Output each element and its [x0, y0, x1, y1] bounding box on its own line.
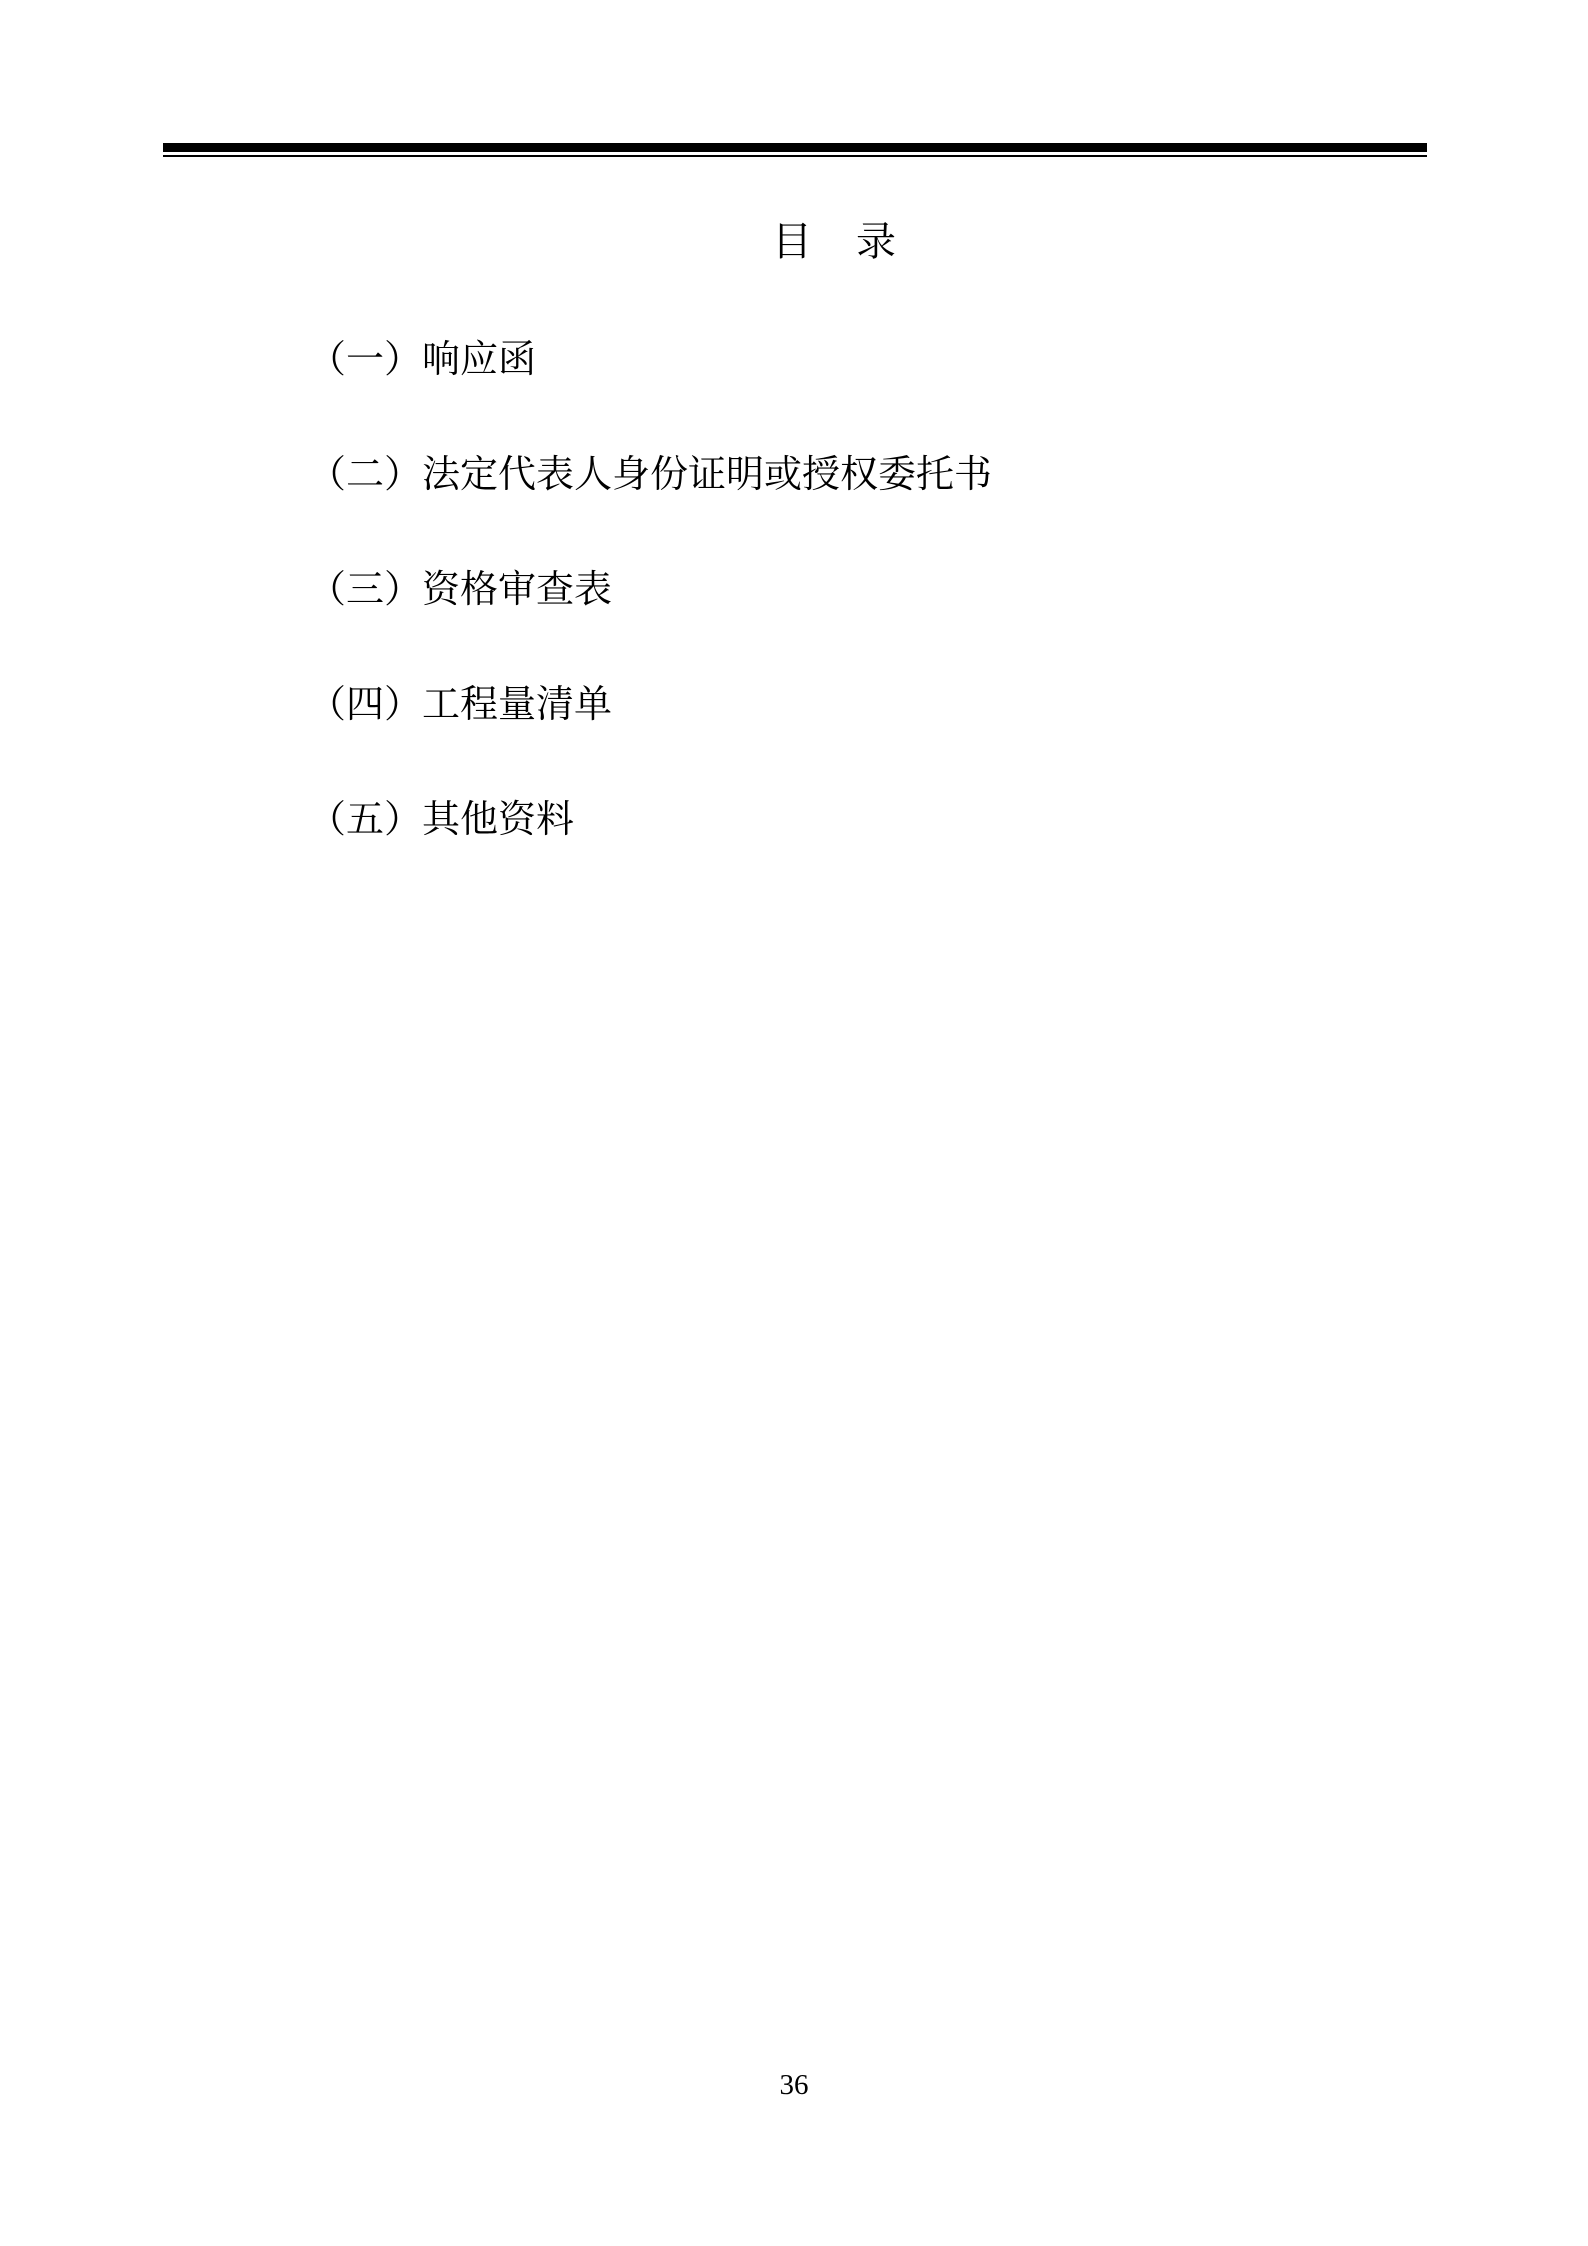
toc-item-bill-of-quantities: （四）工程量清单: [308, 681, 1428, 729]
table-of-contents: （一）响应函 （二）法定代表人身份证明或授权委托书 （三）资格审查表 （四）工程…: [308, 336, 1428, 911]
header-divider-thin-line: [163, 155, 1427, 157]
toc-item-qualification-review-form: （三）资格审查表: [308, 566, 1428, 614]
header-divider: [163, 143, 1427, 157]
document-page: 目 录 （一）响应函 （二）法定代表人身份证明或授权委托书 （三）资格审查表 （…: [0, 0, 1588, 2246]
page-number: 36: [0, 2068, 1588, 2102]
toc-item-other-materials: （五）其他资料: [308, 796, 1428, 844]
toc-item-response-letter: （一）响应函: [308, 336, 1428, 384]
page-title: 目 录: [41, 218, 1588, 266]
header-divider-thick-line: [163, 143, 1427, 152]
toc-item-legal-representative-certificate: （二）法定代表人身份证明或授权委托书: [308, 451, 1428, 499]
